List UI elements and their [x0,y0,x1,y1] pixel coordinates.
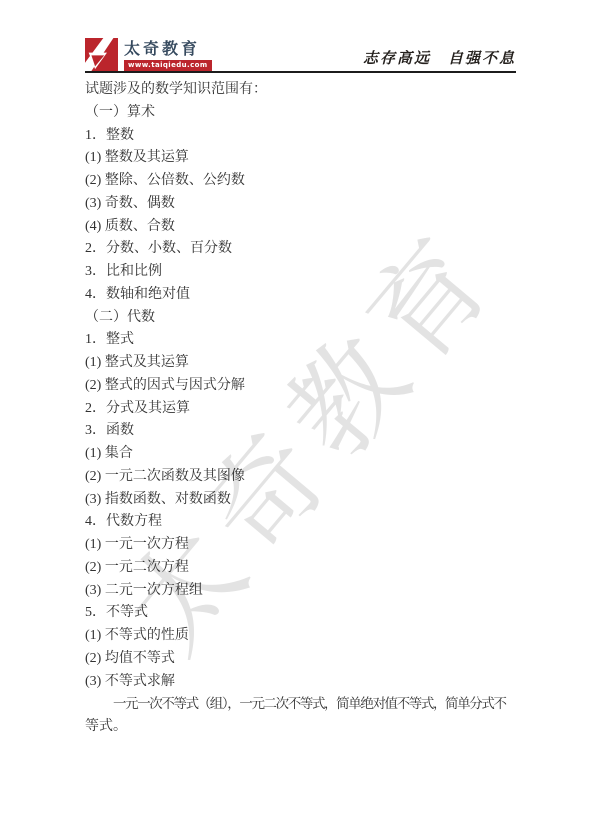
doc-line-23: (3) 二元一次方程组 [85,580,517,603]
doc-line-27: (3) 不等式求解 [85,671,517,694]
website-url: www.taiqiedu.com [128,61,208,69]
doc-line-28: 一元一次不等式（组），一元二次不等式，简单绝对值不等式，简单分式不 [85,693,517,716]
doc-line-19: (3) 指数函数、对数函数 [85,489,517,512]
doc-line-21: (1) 一元一次方程 [85,534,517,557]
doc-line-25: (1) 不等式的性质 [85,625,517,648]
doc-line-8: 2．分数、小数、百分数 [85,238,517,261]
doc-line-1: 试题涉及的数学知识范围有： [85,79,517,102]
doc-line-15: 2．分式及其运算 [85,398,517,421]
doc-line-17: (1) 集合 [85,443,517,466]
doc-line-22: (2) 一元二次方程 [85,557,517,580]
header-slogan: 志存高远 自强不息 [363,47,516,71]
doc-line-14: (2) 整式的因式与因式分解 [85,375,517,398]
taiqi-logo-icon [85,38,118,71]
doc-line-12: 1．整式 [85,329,517,352]
doc-line-5: (2) 整除、公倍数、公约数 [85,170,517,193]
header: 太奇教育 www.taiqiedu.com 志存高远 自强不息 [85,38,516,71]
doc-line-18: (2) 一元二次函数及其图像 [85,466,517,489]
header-divider [85,71,516,73]
doc-line-20: 4．代数方程 [85,511,517,534]
doc-line-26: (2) 均值不等式 [85,648,517,671]
doc-line-29: 等式。 [85,716,517,739]
doc-line-7: (4) 质数、合数 [85,216,517,239]
doc-line-16: 3．函数 [85,420,517,443]
logo-text: 太奇教育 www.taiqiedu.com [124,38,212,71]
doc-line-13: (1) 整式及其运算 [85,352,517,375]
brand-name: 太奇教育 [124,40,212,58]
doc-line-3: 1．整数 [85,125,517,148]
logo-url-bar: www.taiqiedu.com [124,60,212,71]
doc-line-24: 5．不等式 [85,602,517,625]
taiqi-logo: 太奇教育 www.taiqiedu.com [85,38,212,71]
doc-line-4: (1) 整数及其运算 [85,147,517,170]
document-body: 试题涉及的数学知识范围有：（一）算术1．整数(1) 整数及其运算(2) 整除、公… [85,79,517,739]
doc-line-11: （二）代数 [85,307,517,330]
doc-line-10: 4．数轴和绝对值 [85,284,517,307]
doc-line-2: （一）算术 [85,102,517,125]
doc-line-6: (3) 奇数、偶数 [85,193,517,216]
document-page: 太奇教育 www.taiqiedu.com 志存高远 自强不息 太奇教育 试题涉… [0,0,600,840]
doc-line-9: 3．比和比例 [85,261,517,284]
